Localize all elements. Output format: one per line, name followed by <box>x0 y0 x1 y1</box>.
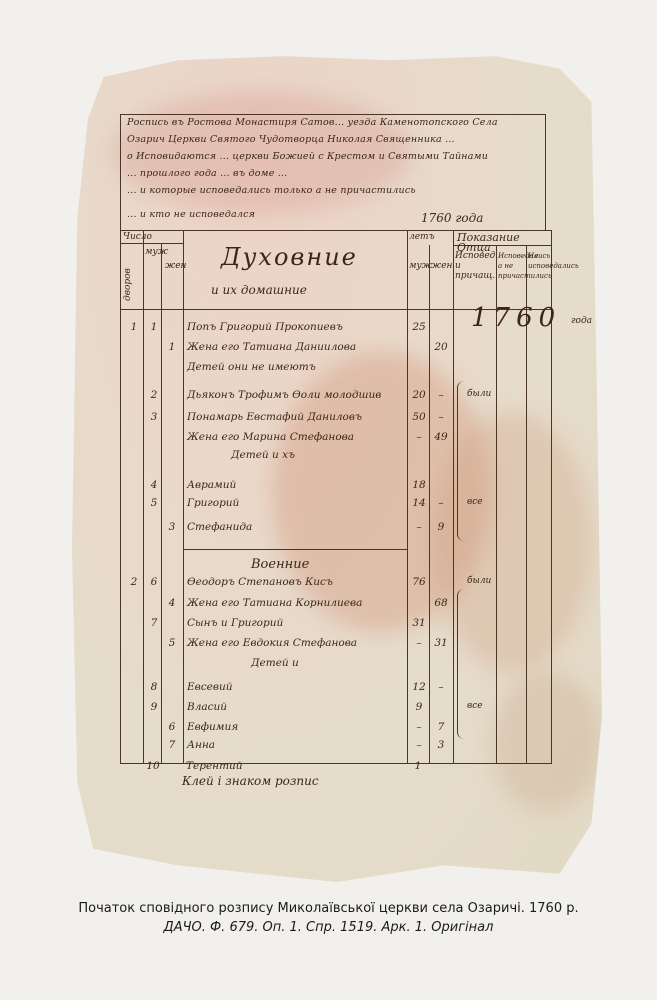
header-line: о Исповидаются ... церкви Божией с Крест… <box>127 151 488 162</box>
table-row: 5 Григорий14–все <box>121 497 551 517</box>
header-males: муж <box>145 247 168 257</box>
header-confessed: Исповед и причащ. <box>455 251 495 281</box>
table-row: 11 Попъ Григорий Прокопиевъ25 <box>121 321 551 341</box>
header-testimony-group: Показание Отца <box>457 233 551 253</box>
year-annotation-suffix: года <box>571 316 592 326</box>
header-year: 1760 года <box>421 211 483 225</box>
header-age-m: муж <box>409 261 432 271</box>
table-row: 8 Евсевий12– <box>121 681 551 701</box>
header-age-f: жен <box>431 261 453 271</box>
table-row: 4 Аврамий18 <box>121 479 551 499</box>
table-row: 1 Жена его Татиана Даниилова20 <box>121 341 551 361</box>
table-row: Детей и <box>121 657 551 677</box>
table-row: 5 Жена его Евдокия Стефанова–31 <box>121 637 551 657</box>
header-not-confessed: Не исповедались <box>528 251 552 271</box>
header-females: жен <box>165 261 187 271</box>
table-row: 4 Жена его Татиана Корнилиева68 <box>121 597 551 617</box>
table-row: 3 Стефанида–9 <box>121 521 551 541</box>
table-row: 2 Дьяконъ Трофимъ Ѳоли молодшив20–были <box>121 389 551 409</box>
table-row: Жена его Марина Стефанова–49 <box>121 431 551 451</box>
manuscript-header: Роспись въ Ростова Монастиря Сатов... уе… <box>120 114 546 231</box>
table-row: 7 Сынъ и Григорий31 <box>121 617 551 637</box>
footer-note: Клей і знаком розпис <box>182 774 319 788</box>
table-row: 6 Евфимия–7 <box>121 721 551 741</box>
section-title: Военние <box>251 557 309 572</box>
register-table: Число дворов муж жен Духовние и их домаш… <box>120 230 552 764</box>
table-row: 7 Анна–3 <box>121 739 551 759</box>
table-row: Детей и хъ <box>121 449 551 469</box>
table-row: Детей они не имеютъ <box>121 361 551 381</box>
table-row: 3 Понамарь Евстафий Даниловъ50– <box>121 411 551 431</box>
header-line: ... прошлого года ... въ доме ... <box>127 168 287 179</box>
header-line: Озарич Церкви Святого Чудотворца Николая… <box>127 134 455 145</box>
caption-title: Початок сповідного розпису Миколаївської… <box>0 901 657 916</box>
manuscript-page: Роспись въ Ростова Монастиря Сатов... уе… <box>72 52 602 882</box>
header-line: Роспись въ Ростова Монастиря Сатов... уе… <box>127 117 498 128</box>
header-households: дворов <box>123 268 133 301</box>
header-line: ... и которые исповедались только а не п… <box>127 185 416 196</box>
header-confessed-only: Исповедались а не причастились <box>498 251 526 281</box>
header-line: ... и кто не исповедался <box>127 209 255 220</box>
header-ages-group: летъ <box>409 232 435 242</box>
table-row: 26 Ѳеодоръ Степановъ Кисъ76были <box>121 576 551 596</box>
header-number-group: Число <box>123 232 152 242</box>
header-people-group: Духовние <box>221 243 358 271</box>
table-row: 9 Власий9все <box>121 701 551 721</box>
header-people-sub: и их домашние <box>211 283 307 297</box>
caption-source: ДАЧО. Ф. 679. Оп. 1. Спр. 1519. Арк. 1. … <box>0 920 657 935</box>
